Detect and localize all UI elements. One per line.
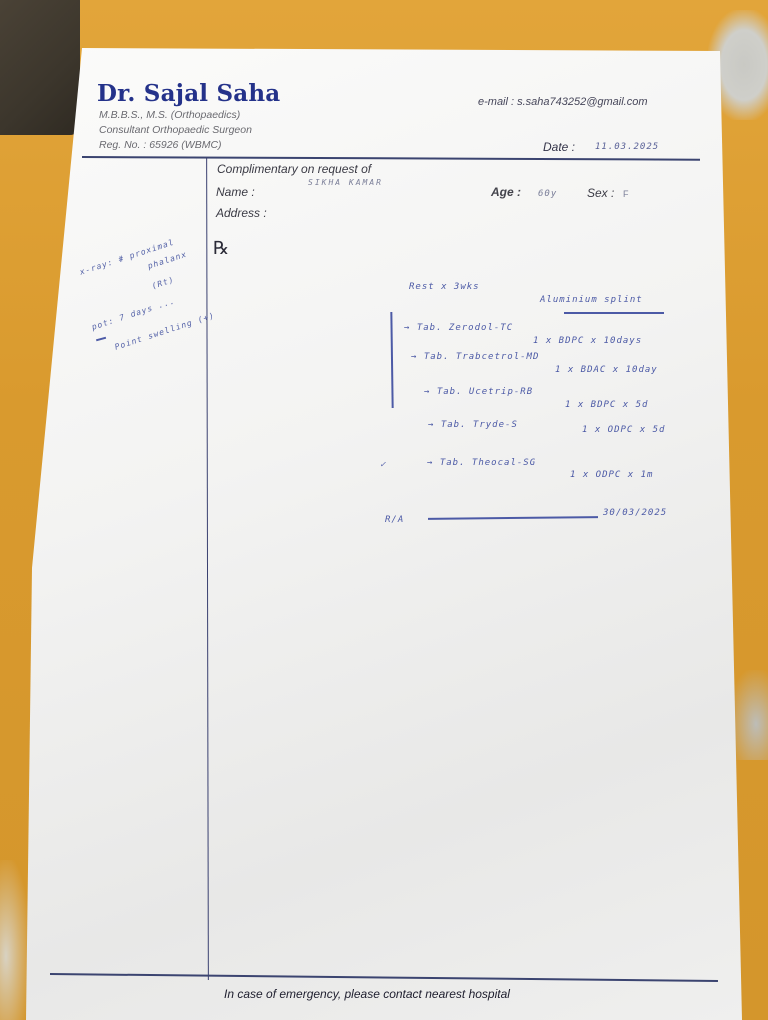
- medication-name: → Tab. Tryde-S: [428, 420, 518, 430]
- email-address: e-mail : s.saha743252@gmail.com: [478, 96, 648, 108]
- medication-dosage: 1 x BDPC x 10days: [533, 336, 642, 346]
- designation: Consultant Orthopaedic Surgeon: [99, 124, 252, 136]
- medication-dosage: 1 x ODPC x 1m: [570, 470, 653, 480]
- tick-mark: ✓: [380, 460, 386, 470]
- date-value: 11.03.2025: [595, 142, 659, 152]
- medication-dosage: 1 x ODPC x 5d: [582, 425, 665, 435]
- medication-dosage: 1 x BDPC x 5d: [565, 400, 648, 410]
- prescription-sheet: [26, 48, 742, 1020]
- surface-stain: [0, 860, 30, 1020]
- medication-name: → Tab. Zerodol-TC: [404, 323, 513, 333]
- rest-note: Rest x 3wks: [409, 282, 480, 292]
- doctor-name: Dr. Sajal Saha: [97, 80, 280, 107]
- dark-object: [0, 0, 80, 135]
- complimentary-label: Complimentary on request of: [217, 162, 371, 176]
- medication-name: → Tab. Ucetrip-RB: [424, 387, 533, 397]
- rx-icon: ℞: [213, 238, 229, 259]
- splint-underline: [564, 312, 664, 314]
- address-label: Address :: [216, 206, 267, 220]
- medication-dosage: 1 x BDAC x 10day: [555, 365, 658, 375]
- name-label: Name :: [216, 185, 255, 199]
- review-date: 30/03/2025: [603, 508, 667, 518]
- medication-name: → Tab. Theocal-SG: [427, 458, 536, 468]
- splint-note: Aluminium splint: [540, 295, 643, 305]
- patient-sex: F: [623, 189, 629, 199]
- patient-name: SIKHA KAMAR: [308, 178, 383, 187]
- registration-number: Reg. No. : 65926 (WBMC): [99, 139, 222, 151]
- review-label: R/A: [385, 515, 404, 525]
- medication-name: → Tab. Trabcetrol-MD: [411, 352, 539, 362]
- qualifications: M.B.B.S., M.S. (Orthopaedics): [99, 109, 240, 121]
- date-label: Date :: [543, 140, 575, 154]
- sex-label: Sex :: [587, 186, 614, 200]
- emergency-note: In case of emergency, please contact nea…: [224, 987, 510, 1001]
- age-label: Age :: [491, 185, 521, 199]
- patient-age: 60y: [538, 189, 557, 199]
